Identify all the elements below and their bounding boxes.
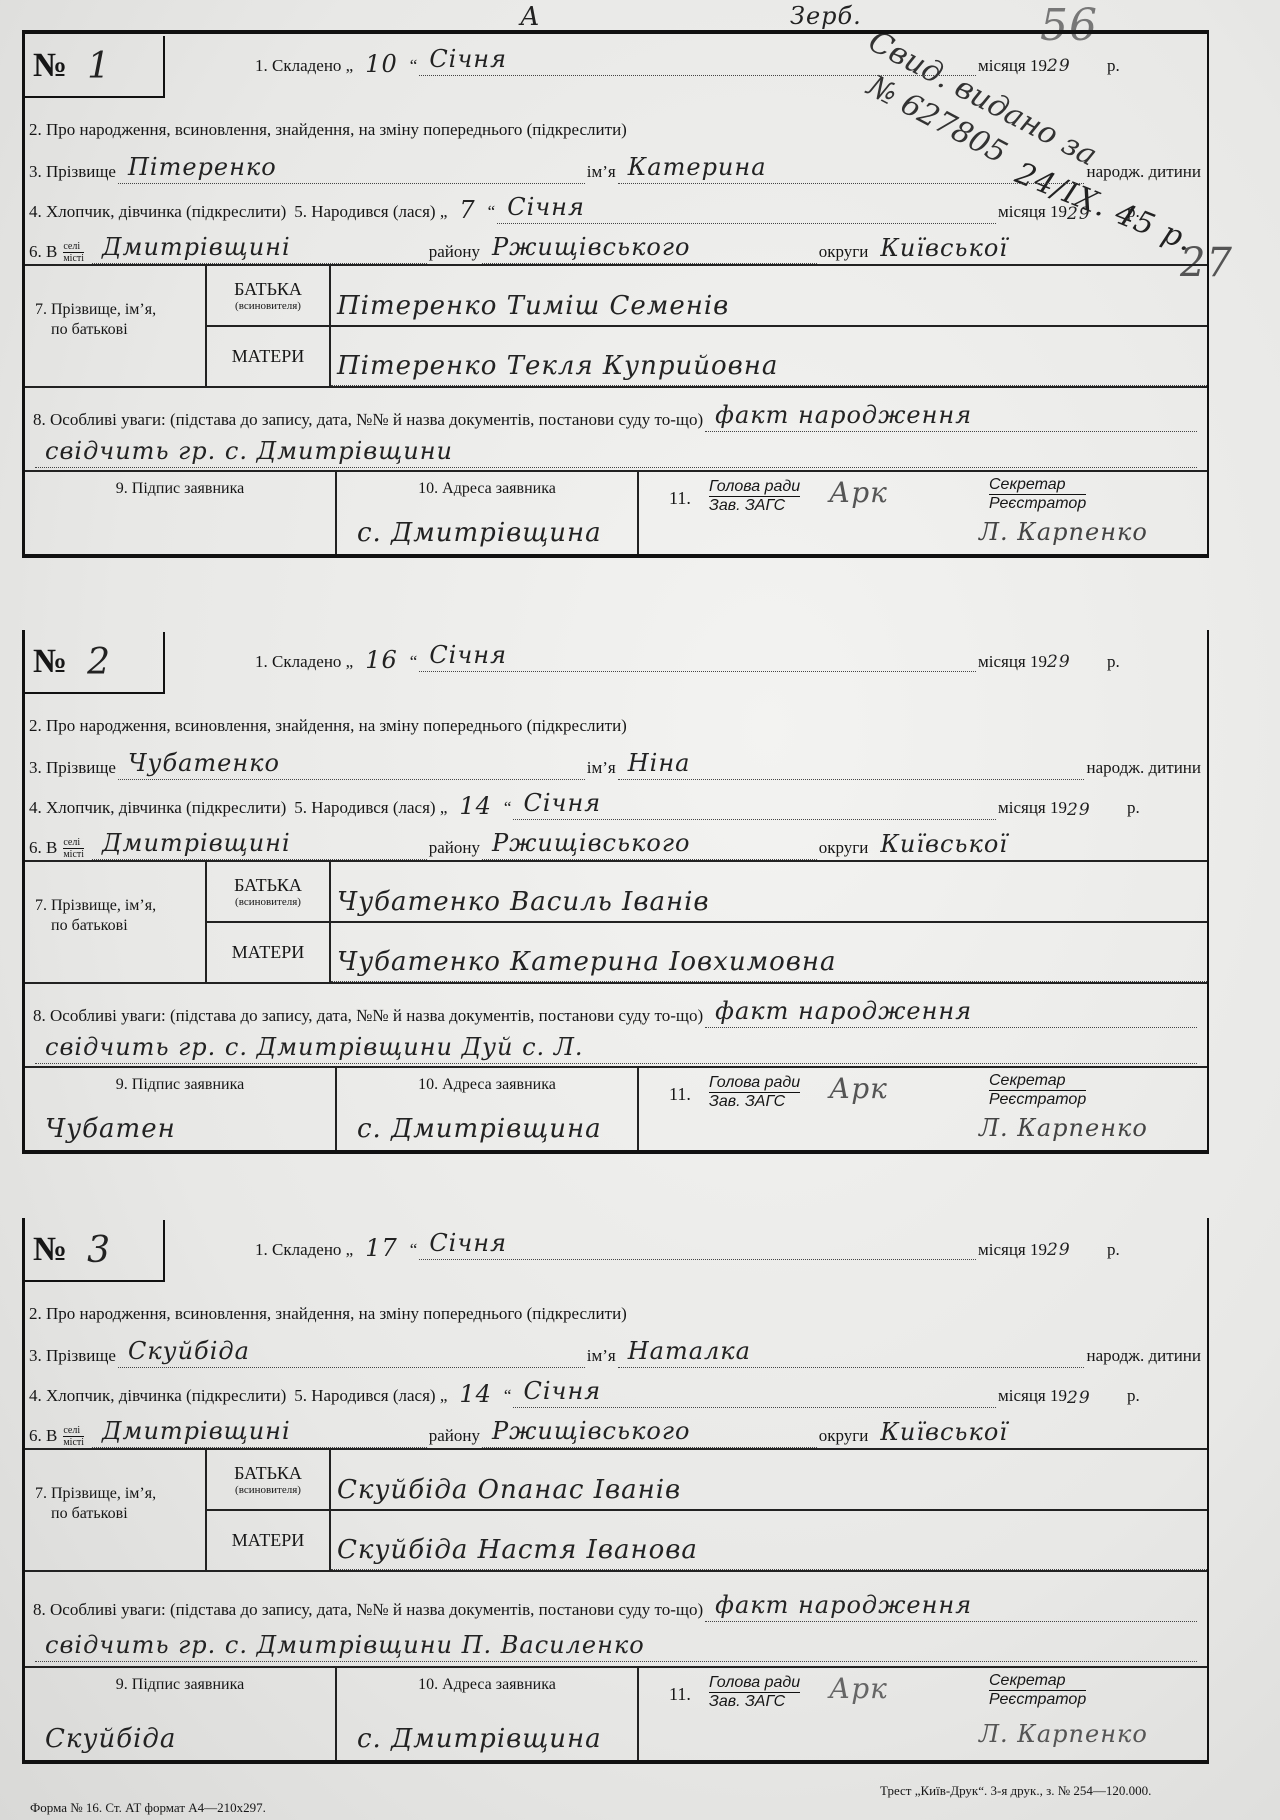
parents-label: 7. Прізвище, ім’я,по батькові bbox=[25, 266, 205, 386]
okruha-value: Київської bbox=[880, 234, 1008, 262]
birth-month-field: Січня bbox=[513, 1383, 996, 1408]
applicant-signature-cell: 9. Підпис заявникаЧубатен bbox=[25, 1068, 337, 1150]
okruha-field: Київської bbox=[870, 836, 1205, 860]
applicant-signature-label: 9. Підпис заявника bbox=[25, 1676, 335, 1694]
born-label: 5. Народився (лася) „ bbox=[294, 798, 447, 820]
village-value: Дмитрівщині bbox=[102, 829, 291, 857]
head-titles: Голова радиЗав. ЗАГС bbox=[709, 1074, 800, 1111]
village-label: селі bbox=[63, 1425, 84, 1437]
head-title: Голова ради bbox=[709, 1074, 800, 1093]
zags-title: Зав. ЗАГС bbox=[709, 497, 800, 515]
father-field: Пітеренко Тиміш Семенів bbox=[331, 266, 1207, 327]
child-birth-label: народж. дитини bbox=[1086, 1346, 1207, 1368]
surname-field: Скуйбіда bbox=[118, 1343, 585, 1368]
child-birth-label: народж. дитини bbox=[1086, 162, 1207, 184]
gender-label: 4. Хлопчик, дівчинка (підкреслити) bbox=[29, 202, 286, 224]
surname-value: Чубатенко bbox=[128, 749, 280, 777]
secretary-title: Секретар bbox=[989, 1672, 1086, 1691]
city-label: місті bbox=[63, 1437, 84, 1448]
month-year-label: місяця 19 bbox=[998, 202, 1067, 224]
father-sublabel: (всиновителя) bbox=[235, 1484, 301, 1496]
applicant-signature-label: 9. Підпис заявника bbox=[25, 1076, 335, 1094]
head-signature: Арк bbox=[829, 1072, 888, 1105]
applicant-signature: Чубатен bbox=[45, 1114, 176, 1144]
notes-label: 8. Особливі уваги: (підстава до запису, … bbox=[33, 1600, 703, 1622]
name-field: Катерина bbox=[618, 159, 1085, 184]
head-signature: Арк bbox=[829, 1672, 888, 1705]
field-11-label: 11. bbox=[669, 488, 691, 509]
archive-mark: Зерб. bbox=[790, 2, 862, 30]
officials-cell: 11. Голова радиЗав. ЗАГС Арк СекретарРеє… bbox=[639, 1668, 1207, 1760]
mother-value: Чубатенко Катерина Іовхимовна bbox=[337, 947, 837, 977]
applicant-signature-cell: 9. Підпис заявника bbox=[25, 472, 337, 554]
composed-month: Січня bbox=[429, 45, 507, 73]
month-year-label: місяця 19 bbox=[978, 652, 1047, 694]
notes-section: 8. Особливі уваги: (підстава до запису, … bbox=[25, 1572, 1207, 1668]
notes-label: 8. Особливі уваги: (підстава до запису, … bbox=[33, 1006, 703, 1028]
document-page: А Зерб. 56 Свид. видано за № 627805 24/I… bbox=[0, 0, 1280, 1820]
name-value: Ніна bbox=[628, 749, 691, 777]
mother-role: МАТЕРИ bbox=[207, 923, 329, 982]
birth-month-field: Січня bbox=[513, 795, 996, 820]
year-suffix: р. bbox=[1107, 56, 1207, 98]
applicant-signature-label: 9. Підпис заявника bbox=[25, 480, 335, 498]
month-year-label: місяця 19 bbox=[998, 798, 1067, 820]
field-11-label: 11. bbox=[669, 1684, 691, 1705]
zags-title: Зав. ЗАГС bbox=[709, 1093, 800, 1111]
composed-month-field: Січня bbox=[419, 51, 976, 76]
parents-table: 7. Прізвище, ім’я,по батькові БАТЬКА(вси… bbox=[25, 1450, 1207, 1572]
applicant-address: с. Дмитрівщина bbox=[357, 1724, 602, 1754]
applicant-address-label: 10. Адреса заявника bbox=[337, 480, 637, 498]
record-number-box: №2 bbox=[25, 632, 165, 694]
parents-roles: БАТЬКА(всиновителя) МАТЕРИ bbox=[205, 862, 331, 982]
applicant-address-label: 10. Адреса заявника bbox=[337, 1076, 637, 1094]
surname-value: Пітеренко bbox=[128, 153, 277, 181]
parents-label-line2: по батькові bbox=[35, 1504, 205, 1524]
record-number: 1 bbox=[87, 46, 111, 87]
city-label: місті bbox=[63, 849, 84, 860]
officials-cell: 11. Голова радиЗав. ЗАГС Арк СекретарРеє… bbox=[639, 472, 1207, 554]
district-value: Ржищівського bbox=[492, 1417, 690, 1445]
record-3: №3 1. Складено „ 17 “ Січня місяця 19 29… bbox=[22, 1218, 1209, 1764]
composed-label: 1. Складено „ bbox=[255, 1240, 353, 1282]
record-number-box: № 1 bbox=[25, 36, 165, 98]
notes-field-1: факт народження bbox=[705, 1597, 1197, 1622]
head-titles: Голова радиЗав. ЗАГС bbox=[709, 478, 800, 515]
okruha-value: Київської bbox=[880, 1418, 1008, 1446]
composed-year: 29 bbox=[1047, 1240, 1107, 1282]
head-title: Голова ради bbox=[709, 1674, 800, 1693]
surname-label: 3. Прізвище bbox=[29, 162, 116, 184]
composed-day: 17 bbox=[365, 1234, 398, 1282]
district-field: Ржищівського bbox=[482, 1423, 817, 1448]
notes-value-1: факт народження bbox=[715, 997, 972, 1025]
district-value: Ржищівського bbox=[492, 829, 690, 857]
quote-mark: “ bbox=[504, 798, 512, 820]
year-suffix: р. bbox=[1107, 1240, 1207, 1282]
notes-value-2: свідчить гр. с. Дмитрівщини П. Василенко bbox=[45, 1631, 645, 1659]
father-role: БАТЬКА(всиновителя) bbox=[207, 1450, 329, 1511]
mother-value: Скуйбіда Настя Іванова bbox=[337, 1535, 698, 1565]
name-label: ім’я bbox=[587, 1346, 616, 1368]
parents-table: 7. Прізвище, ім’я,по батькові БАТЬКА(вси… bbox=[25, 862, 1207, 984]
name-value: Катерина bbox=[628, 153, 767, 181]
father-role: БАТЬКА(всиновителя) bbox=[207, 862, 329, 923]
parents-label-line1: 7. Прізвище, ім’я, bbox=[35, 1484, 205, 1504]
head-titles: Голова радиЗав. ЗАГС bbox=[709, 1674, 800, 1711]
gender-label: 4. Хлопчик, дівчинка (підкреслити) bbox=[29, 1386, 286, 1408]
registrar-signature: Л. Карпенко bbox=[979, 518, 1148, 546]
notes-value-1: факт народження bbox=[715, 1591, 972, 1619]
quote-mark: “ bbox=[410, 1240, 418, 1282]
month-year-label: місяця 19 bbox=[978, 56, 1047, 98]
quote-mark: “ bbox=[504, 1386, 512, 1408]
parents-label-line2: по батькові bbox=[35, 916, 205, 936]
applicant-address-label: 10. Адреса заявника bbox=[337, 1676, 637, 1694]
mother-label: МАТЕРИ bbox=[232, 1530, 304, 1551]
applicant-signature-cell: 9. Підпис заявникаСкуйбіда bbox=[25, 1668, 337, 1760]
applicant-address: с. Дмитрівщина bbox=[357, 1114, 602, 1144]
birth-day: 14 bbox=[459, 1380, 492, 1408]
father-label: БАТЬКА bbox=[234, 875, 302, 896]
record-number: 3 bbox=[87, 1230, 111, 1271]
birth-year: 29 bbox=[1067, 1388, 1127, 1408]
father-field: Чубатенко Василь Іванів bbox=[331, 862, 1207, 923]
officials-cell: 11. Голова радиЗав. ЗАГС Арк СекретарРеє… bbox=[639, 1068, 1207, 1150]
district-field: Ржищівського bbox=[482, 835, 817, 860]
signature-row: 9. Підпис заявникаЧубатен 10. Адреса зая… bbox=[25, 1068, 1207, 1154]
village-city-stack: селімісті bbox=[63, 241, 84, 264]
surname-label: 3. Прізвище bbox=[29, 758, 116, 780]
registrar-titles: СекретарРеєстратор bbox=[989, 1672, 1086, 1709]
surname-value: Скуйбіда bbox=[128, 1337, 250, 1365]
born-label: 5. Народився (лася) „ bbox=[294, 1386, 447, 1408]
mother-label: МАТЕРИ bbox=[232, 942, 304, 963]
month-year-label: місяця 19 bbox=[978, 1240, 1047, 1282]
quote-mark: “ bbox=[410, 652, 418, 694]
surname-label: 3. Прізвище bbox=[29, 1346, 116, 1368]
applicant-address-cell: 10. Адреса заявникас. Дмитрівщина bbox=[337, 472, 639, 554]
surname-field: Пітеренко bbox=[118, 159, 585, 184]
birth-year: 29 bbox=[1067, 800, 1127, 820]
record-number: 2 bbox=[87, 642, 111, 683]
registrar-title: Реєстратор bbox=[989, 1091, 1086, 1109]
okruha-label: округи bbox=[819, 1426, 869, 1448]
registrar-titles: СекретарРеєстратор bbox=[989, 1072, 1086, 1109]
quote-mark: “ bbox=[410, 56, 418, 98]
zags-title: Зав. ЗАГС bbox=[709, 1693, 800, 1711]
composed-month: Січня bbox=[429, 641, 507, 669]
composed-month-field: Січня bbox=[419, 1235, 976, 1260]
form-footer-right: Трест „Київ-Друк“. 3-я друк., з. № 254—1… bbox=[880, 1783, 1151, 1799]
registrar-titles: СекретарРеєстратор bbox=[989, 476, 1086, 513]
notes-field-2: свідчить гр. с. Дмитрівщини П. Василенко bbox=[35, 1637, 1197, 1662]
number-sign: № bbox=[33, 1231, 67, 1269]
mother-role: МАТЕРИ bbox=[207, 327, 329, 386]
applicant-address-cell: 10. Адреса заявникас. Дмитрівщина bbox=[337, 1068, 639, 1150]
child-birth-label: народж. дитини bbox=[1086, 758, 1207, 780]
city-label: місті bbox=[63, 253, 84, 264]
birth-month-field: Січня bbox=[497, 199, 996, 224]
mother-field: Скуйбіда Настя Іванова bbox=[331, 1511, 1207, 1571]
composed-label: 1. Складено „ bbox=[255, 652, 353, 694]
father-field: Скуйбіда Опанас Іванів bbox=[331, 1450, 1207, 1511]
signature-row: 9. Підпис заявникаСкуйбіда 10. Адреса за… bbox=[25, 1668, 1207, 1764]
parents-label-line2: по батькові bbox=[35, 320, 205, 340]
registrar-signature: Л. Карпенко bbox=[979, 1720, 1148, 1748]
notes-field-2: свідчить гр. с. Дмитрівщини Дуй с. Л. bbox=[35, 1039, 1197, 1064]
birth-month: Січня bbox=[507, 193, 585, 221]
year-suffix: р. bbox=[1107, 652, 1207, 694]
name-label: ім’я bbox=[587, 758, 616, 780]
village-value: Дмитрівщині bbox=[102, 233, 291, 261]
okruha-field: Київської bbox=[870, 1424, 1205, 1448]
about-label: 2. Про народження, всиновлення, знайденн… bbox=[29, 1304, 627, 1326]
notes-field-1: факт народження bbox=[705, 407, 1197, 432]
parents-label: 7. Прізвище, ім’я,по батькові bbox=[25, 1450, 205, 1570]
mother-field: Чубатенко Катерина Іовхимовна bbox=[331, 923, 1207, 983]
mother-role: МАТЕРИ bbox=[207, 1511, 329, 1570]
head-signature: Арк bbox=[829, 476, 888, 509]
field-11-label: 11. bbox=[669, 1084, 691, 1105]
record-1: № 1 1. Складено „ 10 “ Січня місяця 19 2… bbox=[22, 30, 1209, 558]
parents-values: Чубатенко Василь Іванів Чубатенко Катери… bbox=[331, 862, 1207, 982]
record-number-box: №3 bbox=[25, 1220, 165, 1282]
registrar-title: Реєстратор bbox=[989, 1691, 1086, 1709]
father-value: Чубатенко Василь Іванів bbox=[337, 887, 710, 917]
birth-day: 7 bbox=[459, 196, 475, 224]
quote-mark: “ bbox=[488, 202, 496, 224]
okruha-value: Київської bbox=[880, 830, 1008, 858]
parents-values: Скуйбіда Опанас Іванів Скуйбіда Настя Ів… bbox=[331, 1450, 1207, 1570]
district-value: Ржищівського bbox=[492, 233, 690, 261]
father-sublabel: (всиновителя) bbox=[235, 300, 301, 312]
district-label: району bbox=[429, 1426, 480, 1448]
father-role: БАТЬКА(всиновителя) bbox=[207, 266, 329, 327]
parents-label-line1: 7. Прізвище, ім’я, bbox=[35, 896, 205, 916]
birth-day: 14 bbox=[459, 792, 492, 820]
parents-roles: БАТЬКА(всиновителя) МАТЕРИ bbox=[205, 266, 331, 386]
parents-label-line1: 7. Прізвище, ім’я, bbox=[35, 300, 205, 320]
mother-field: Пітеренко Текля Куприйовна bbox=[331, 327, 1207, 387]
notes-section: 8. Особливі уваги: (підстава до запису, … bbox=[25, 388, 1207, 472]
secretary-title: Секретар bbox=[989, 1072, 1086, 1091]
composed-day: 16 bbox=[365, 646, 398, 694]
composed-month: Січня bbox=[429, 1229, 507, 1257]
village-field: Дмитрівщині bbox=[92, 1423, 427, 1448]
village-field: Дмитрівщині bbox=[92, 835, 427, 860]
father-value: Пітеренко Тиміш Семенів bbox=[337, 291, 729, 321]
gender-label: 4. Хлопчик, дівчинка (підкреслити) bbox=[29, 798, 286, 820]
about-label: 2. Про народження, всиновлення, знайденн… bbox=[29, 716, 627, 738]
composed-month-field: Січня bbox=[419, 647, 976, 672]
parents-table: 7. Прізвище, ім’я,по батькові БАТЬКА(вси… bbox=[25, 266, 1207, 388]
applicant-address-cell: 10. Адреса заявникас. Дмитрівщина bbox=[337, 1668, 639, 1760]
okruha-field: Київської bbox=[870, 240, 1205, 264]
parents-label: 7. Прізвище, ім’я,по батькові bbox=[25, 862, 205, 982]
parents-values: Пітеренко Тиміш Семенів Пітеренко Текля … bbox=[331, 266, 1207, 386]
form-footer-left: Форма № 16. Ст. АТ формат А4—210х297. bbox=[30, 1800, 266, 1816]
father-sublabel: (всиновителя) bbox=[235, 896, 301, 908]
name-label: ім’я bbox=[587, 162, 616, 184]
secretary-title: Секретар bbox=[989, 476, 1086, 495]
notes-value-2: свідчить гр. с. Дмитрівщини bbox=[45, 437, 453, 465]
composed-day: 10 bbox=[365, 50, 398, 98]
composed-label: 1. Складено „ bbox=[255, 56, 353, 98]
notes-value-2: свідчить гр. с. Дмитрівщини Дуй с. Л. bbox=[45, 1033, 583, 1061]
village-city-stack: селімісті bbox=[63, 1425, 84, 1448]
father-label: БАТЬКА bbox=[234, 1463, 302, 1484]
year-suffix: р. bbox=[1127, 798, 1207, 820]
registrar-signature: Л. Карпенко bbox=[979, 1114, 1148, 1142]
mother-value: Пітеренко Текля Куприйовна bbox=[337, 351, 778, 381]
name-value: Наталка bbox=[628, 1337, 751, 1365]
name-field: Наталка bbox=[618, 1343, 1085, 1368]
village-field: Дмитрівщині bbox=[92, 239, 427, 264]
district-label: району bbox=[429, 838, 480, 860]
month-year-label: місяця 19 bbox=[998, 1386, 1067, 1408]
notes-value-1: факт народження bbox=[715, 401, 972, 429]
composed-year: 29 bbox=[1047, 56, 1107, 98]
notes-section: 8. Особливі уваги: (підстава до запису, … bbox=[25, 984, 1207, 1068]
notes-field-1: факт народження bbox=[705, 1003, 1197, 1028]
in-label: 6. В bbox=[29, 838, 57, 860]
birth-year: 29 bbox=[1067, 204, 1127, 224]
head-title: Голова ради bbox=[709, 478, 800, 497]
about-label: 2. Про народження, всиновлення, знайденн… bbox=[29, 120, 627, 142]
record-2: №2 1. Складено „ 16 “ Січня місяця 19 29… bbox=[22, 630, 1209, 1154]
notes-label: 8. Особливі уваги: (підстава до запису, … bbox=[33, 410, 703, 432]
district-label: району bbox=[429, 242, 480, 264]
year-suffix: р. bbox=[1127, 1386, 1207, 1408]
okruha-label: округи bbox=[819, 838, 869, 860]
notes-field-2: свідчить гр. с. Дмитрівщини bbox=[35, 443, 1197, 468]
birth-month: Січня bbox=[523, 789, 601, 817]
village-city-stack: селімісті bbox=[63, 837, 84, 860]
surname-field: Чубатенко bbox=[118, 755, 585, 780]
parents-roles: БАТЬКА(всиновителя) МАТЕРИ bbox=[205, 1450, 331, 1570]
village-label: селі bbox=[63, 837, 84, 849]
birth-month: Січня bbox=[523, 1377, 601, 1405]
in-label: 6. В bbox=[29, 1426, 57, 1448]
village-value: Дмитрівщині bbox=[102, 1417, 291, 1445]
signature-row: 9. Підпис заявника 10. Адреса заявникас.… bbox=[25, 472, 1207, 558]
applicant-address: с. Дмитрівщина bbox=[357, 518, 602, 548]
composed-year: 29 bbox=[1047, 652, 1107, 694]
village-label: селі bbox=[63, 241, 84, 253]
okruha-label: округи bbox=[819, 242, 869, 264]
applicant-signature: Скуйбіда bbox=[45, 1724, 176, 1754]
number-sign: № bbox=[33, 643, 67, 681]
in-label: 6. В bbox=[29, 242, 57, 264]
father-value: Скуйбіда Опанас Іванів bbox=[337, 1475, 681, 1505]
district-field: Ржищівського bbox=[482, 239, 817, 264]
number-sign: № bbox=[33, 47, 67, 85]
registrar-title: Реєстратор bbox=[989, 495, 1086, 513]
father-label: БАТЬКА bbox=[234, 279, 302, 300]
year-suffix: р. bbox=[1127, 202, 1207, 224]
pencil-mark: А bbox=[520, 2, 541, 32]
mother-label: МАТЕРИ bbox=[232, 346, 304, 367]
born-label: 5. Народився (лася) „ bbox=[294, 202, 447, 224]
name-field: Ніна bbox=[618, 755, 1085, 780]
